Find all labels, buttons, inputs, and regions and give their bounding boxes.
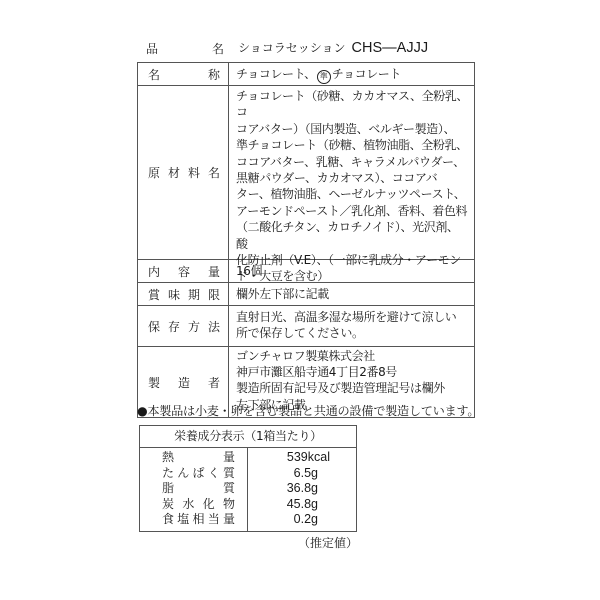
circled-jun-mark: 準 [317, 70, 331, 84]
manufacturer-line: 神戸市灘区船寺通4丁目2番8号 [236, 364, 468, 380]
allergen-notice: ●本製品は小麦・卵を含む製品と共通の設備で製造しています。 [137, 402, 479, 419]
label-char: 料 [188, 164, 200, 181]
row-label-storage: 保 存 方 法 [138, 306, 229, 346]
value-text: 0.2g [248, 512, 318, 528]
label-char: 量 [223, 512, 235, 528]
nutrition-value-protein: 6.5g [248, 466, 356, 482]
label-char: 食 [162, 512, 174, 528]
name-text-2: チョコレート [332, 67, 401, 81]
nutrition-values: 539kcal 6.5g 36.8g 45.8g 0.2g [248, 448, 356, 531]
manufacturer-line: ゴンチャロフ製菓株式会社 [236, 348, 468, 364]
row-value-quantity: 16個 [229, 260, 474, 282]
label-char: 炭 [162, 497, 174, 513]
label-char: 賞 [148, 286, 160, 303]
label-char: 当 [208, 512, 220, 528]
row-value-ingredients: チョコレート（砂糖、カカオマス、全粉乳、コ コアバター）（国内製造、ベルギー製造… [229, 86, 474, 259]
label-char: 化 [203, 497, 215, 513]
storage-line: 直射日光、高温多湿な場所を避けて涼しい [236, 309, 468, 325]
row-value-storage: 直射日光、高温多湿な場所を避けて涼しい 所で保存してください。 [229, 306, 474, 346]
row-value-best-before: 欄外左下部に記載 [229, 283, 474, 305]
product-code: CHS—AJJJ [352, 40, 429, 56]
nutrition-value-carbohydrate: 45.8g [248, 497, 356, 513]
row-label-ingredients: 原 材 料 名 [138, 86, 229, 259]
nutrition-value-salt: 0.2g [248, 512, 356, 528]
product-name-text: ショコラセッション [238, 41, 346, 55]
label-char: 期 [188, 286, 200, 303]
product-name-value: ショコラセッションCHS—AJJJ [238, 39, 428, 56]
label-char: 塩 [177, 512, 189, 528]
label-char: 限 [208, 286, 220, 303]
label-char: 者 [208, 374, 220, 391]
table-row-storage: 保 存 方 法 直射日光、高温多湿な場所を避けて涼しい 所で保存してください。 [138, 305, 474, 346]
label-char: 相 [192, 512, 204, 528]
label-char: 量 [223, 450, 235, 466]
ingredients-line: チョコレート（砂糖、カカオマス、全粉乳、コ [236, 88, 468, 121]
nutrition-value-energy: 539kcal [248, 450, 356, 466]
label-char: ぱ [192, 466, 204, 482]
ingredients-line: ココアバター、乳糖、キャラメルパウダー、 [236, 154, 468, 170]
storage-line: 所で保存してください。 [236, 325, 468, 341]
label-char: 名 [148, 66, 160, 83]
nutrition-labels: 熱 量 た ん ぱ く 質 脂 質 炭 水 化 物 食 塩 [140, 448, 248, 531]
label-char: く [208, 466, 220, 482]
nutrition-body: 熱 量 た ん ぱ く 質 脂 質 炭 水 化 物 食 塩 [140, 448, 356, 531]
label-char: ん [177, 466, 189, 482]
label-char: 保 [148, 318, 160, 335]
ingredients-line: 準チョコレート（砂糖、植物油脂、全粉乳、 [236, 137, 468, 153]
nutrition-label-carbohydrate: 炭 水 化 物 [140, 497, 247, 513]
nutrition-title: 栄養成分表示（1箱当たり） [140, 426, 356, 448]
ingredients-line: コアバター）（国内製造、ベルギー製造）、 [236, 121, 468, 137]
name-text-1: チョコレート、 [236, 67, 316, 81]
nutrition-label-fat: 脂 質 [140, 481, 247, 497]
value-text: 6.5g [248, 466, 318, 482]
label-char: 内 [148, 263, 160, 280]
label-char: 方 [188, 318, 200, 335]
label-char: 脂 [162, 481, 174, 497]
label-char: 熱 [162, 450, 174, 466]
label-char: 品 [146, 40, 158, 57]
label-char: 名 [208, 164, 220, 181]
label-char: 造 [178, 374, 190, 391]
table-row-quantity: 内 容 量 16個 [138, 259, 474, 282]
food-label-table: 名 称 チョコレート、準チョコレート 原 材 料 名 チョコレート（砂糖、カカオ… [137, 62, 475, 418]
table-row-best-before: 賞 味 期 限 欄外左下部に記載 [138, 282, 474, 305]
row-label-best-before: 賞 味 期 限 [138, 283, 229, 305]
manufacturer-line: 製造所固有記号及び製造管理記号は欄外 [236, 380, 468, 396]
ingredients-line: アーモンドペースト／乳化剤、香料、着色料 [236, 203, 468, 219]
nutrition-table: 栄養成分表示（1箱当たり） 熱 量 た ん ぱ く 質 脂 質 炭 水 化 物 [139, 425, 357, 532]
ingredients-line: ター、植物油脂、ヘーゼルナッツペースト、 [236, 186, 468, 202]
value-text: 45.8g [248, 497, 318, 513]
label-char: た [162, 466, 174, 482]
product-name-label: 品 名 [146, 40, 224, 57]
ingredients-line: 黒糖パウダー、カカオマス）、ココアバ [236, 170, 468, 186]
row-label-name: 名 称 [138, 63, 229, 85]
label-char: 存 [168, 318, 180, 335]
table-row-ingredients: 原 材 料 名 チョコレート（砂糖、カカオマス、全粉乳、コ コアバター）（国内製… [138, 85, 474, 259]
label-char: 物 [223, 497, 235, 513]
label-char: 材 [168, 164, 180, 181]
label-char: 味 [168, 286, 180, 303]
nutrition-value-fat: 36.8g [248, 481, 356, 497]
row-label-quantity: 内 容 量 [138, 260, 229, 282]
label-char: 名 [212, 40, 224, 57]
label-char: 製 [148, 374, 160, 391]
value-text: 539kcal [248, 450, 330, 466]
value-text: 36.8g [248, 481, 318, 497]
label-char: 質 [223, 481, 235, 497]
label-char: 法 [208, 318, 220, 335]
table-row-name: 名 称 チョコレート、準チョコレート [138, 63, 474, 85]
label-char: 容 [178, 263, 190, 280]
label-char: 質 [223, 466, 235, 482]
label-char: 水 [182, 497, 194, 513]
estimate-note: （推定値） [298, 534, 358, 551]
label-char: 称 [208, 66, 220, 83]
row-value-name: チョコレート、準チョコレート [229, 63, 474, 85]
nutrition-label-protein: た ん ぱ く 質 [140, 466, 247, 482]
ingredients-line: （二酸化チタン、カロチノイド）、光沢剤、酸 [236, 219, 468, 252]
label-char: 量 [208, 263, 220, 280]
label-char: 原 [148, 164, 160, 181]
nutrition-label-energy: 熱 量 [140, 450, 247, 466]
nutrition-label-salt: 食 塩 相 当 量 [140, 512, 247, 528]
